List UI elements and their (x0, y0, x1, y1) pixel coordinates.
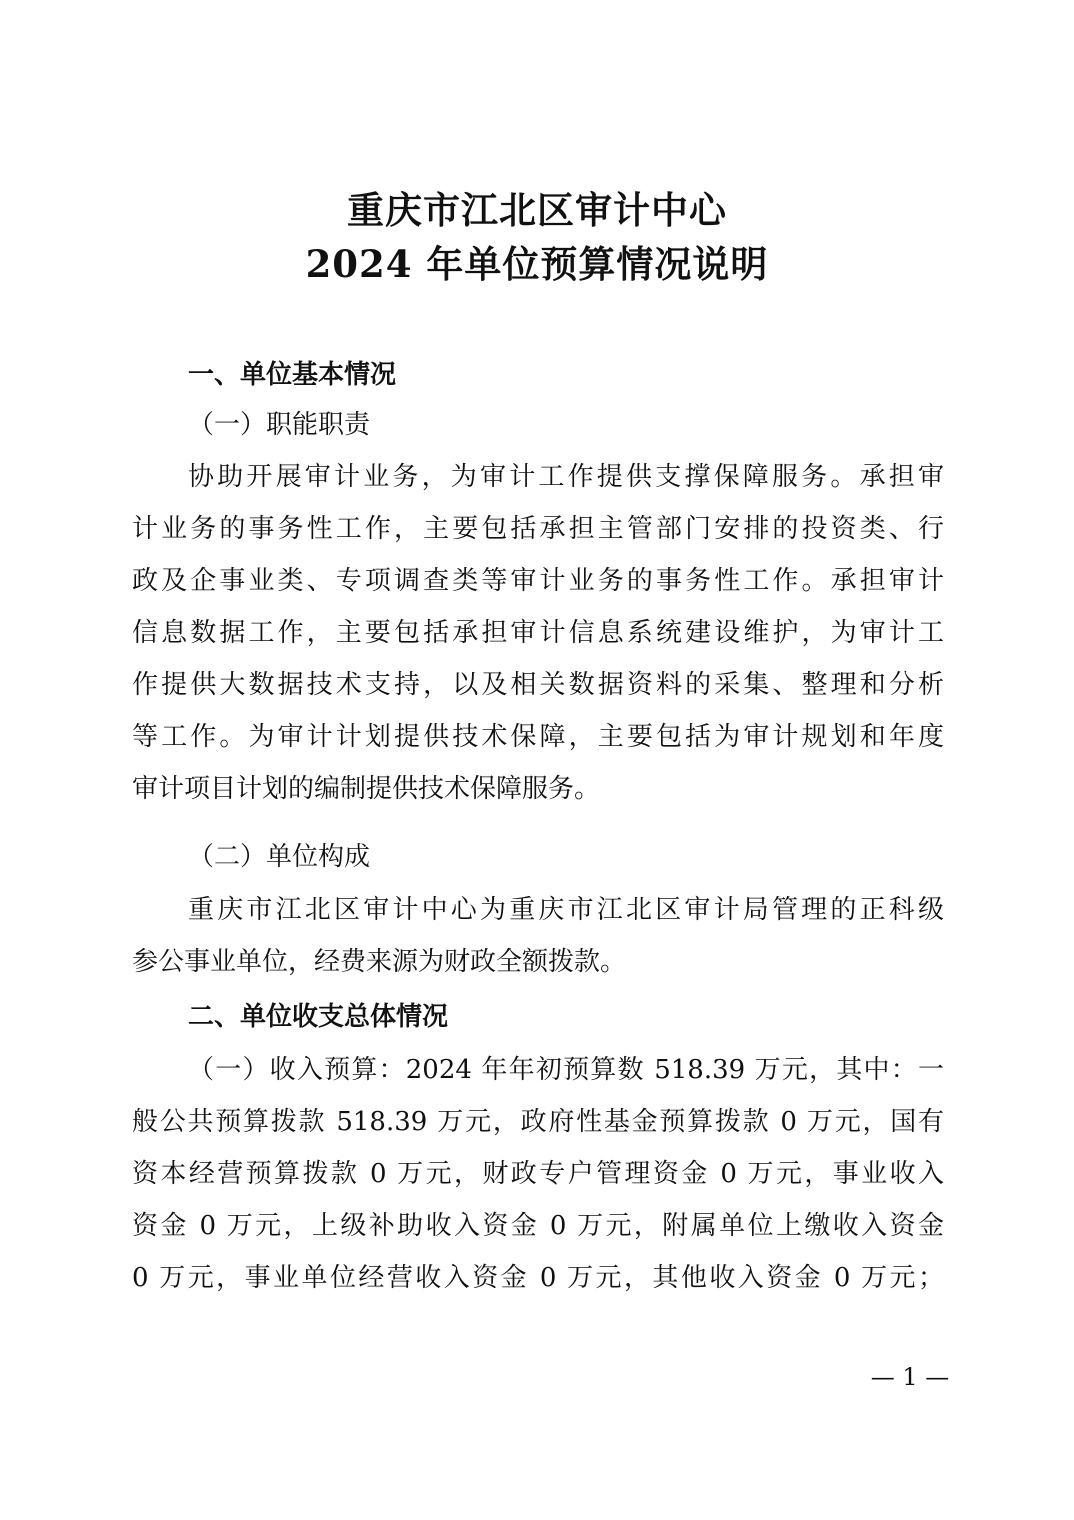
paragraph-line: 参公事业单位，经费来源为财政全额拨款。 (132, 947, 944, 977)
document-title-line-1: 重庆市江北区审计中心 (0, 188, 1074, 232)
paragraph-line: 等工作。为审计计划提供技术保障，主要包括为审计规划和年度 (132, 722, 944, 752)
paragraph-line: 作提供大数据技术支持，以及相关数据资料的采集、整理和分析 (132, 670, 944, 700)
paragraph-line: 审计项目计划的编制提供技术保障服务。 (132, 774, 944, 804)
section-heading-income-expenditure: 二、单位收支总体情况 (188, 1002, 448, 1032)
paragraph-line: 政及企事业类、专项调查类等审计业务的事务性工作。承担审计 (132, 566, 944, 596)
section-heading-unit-basic-info: 一、单位基本情况 (188, 360, 396, 390)
paragraph-line: 计业务的事务性工作，主要包括承担主管部门安排的投资类、行 (132, 514, 944, 544)
paragraph-line: 0 万元，事业单位经营收入资金 0 万元，其他收入资金 0 万元； (132, 1263, 944, 1293)
subsection-heading-unit-composition: （二）单位构成 (188, 842, 370, 872)
subsection-heading-functions: （一）职能职责 (188, 410, 370, 440)
paragraph-line: 资本经营预算拨款 0 万元，财政专户管理资金 0 万元，事业收入 (132, 1159, 944, 1189)
paragraph-line: 般公共预算拨款 518.39 万元，政府性基金预算拨款 0 万元，国有 (132, 1107, 944, 1137)
document-title-line-2: 2024 年单位预算情况说明 (0, 242, 1074, 286)
page-number: — 1 — (860, 1362, 960, 1392)
paragraph-line: （一）收入预算：2024 年年初预算数 518.39 万元，其中：一 (188, 1055, 944, 1085)
document-page: 重庆市江北区审计中心 2024 年单位预算情况说明 一、单位基本情况 （一）职能… (0, 0, 1074, 1520)
paragraph-line: 重庆市江北区审计中心为重庆市江北区审计局管理的正科级 (188, 895, 944, 925)
paragraph-line: 协助开展审计业务，为审计工作提供支撑保障服务。承担审 (188, 462, 944, 492)
paragraph-line: 信息数据工作，主要包括承担审计信息系统建设维护，为审计工 (132, 618, 944, 648)
paragraph-line: 资金 0 万元，上级补助收入资金 0 万元，附属单位上缴收入资金 (132, 1211, 944, 1241)
